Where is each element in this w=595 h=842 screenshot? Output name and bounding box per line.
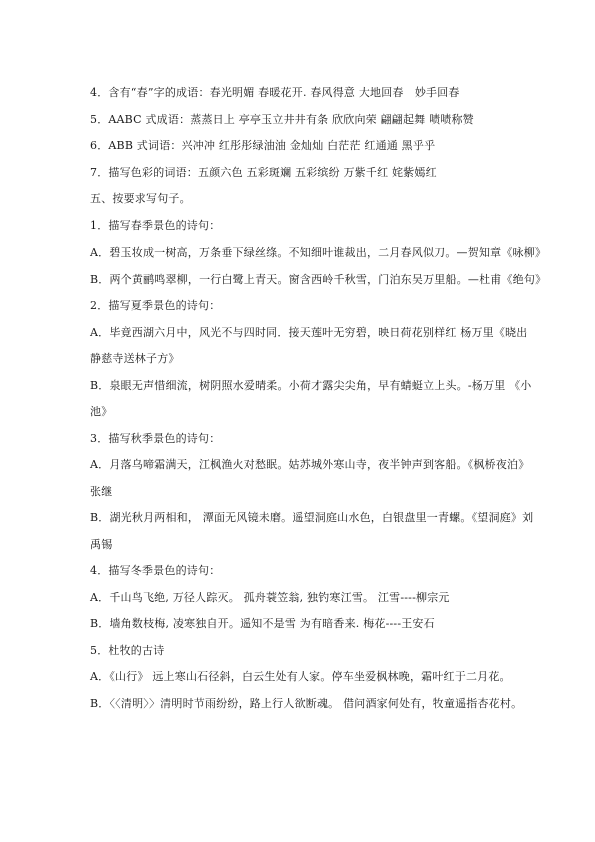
words-abb: 6．ABB 式词语：兴冲冲 红彤彤绿油油 金灿灿 白茫茫 红通通 黑乎乎 xyxy=(90,139,435,153)
summer-poem-a-cont: 静慈寺送林子方》 xyxy=(90,352,180,366)
winter-poem-b: B．墙角数枝梅, 凌寒独自开。遥知不是雪 为有暗香来. 梅花----王安石 xyxy=(90,617,435,631)
spring-heading: 1．描写春季景色的诗句： xyxy=(90,219,220,233)
autumn-heading: 3．描写秋季景色的诗句： xyxy=(90,432,220,446)
dumu-poem-b: B．〈〈清明〉〉清明时节雨纷纷，路上行人欲断魂。 借问酒家何处有，牧童遥指杏花村… xyxy=(90,697,522,711)
winter-heading: 4．描写冬季景色的诗句： xyxy=(90,564,220,578)
summer-heading: 2．描写夏季景色的诗句： xyxy=(90,299,220,313)
summer-poem-a: A．毕竟西湖六月中，风光不与四时同．接天莲叶无穷碧，映日荷花别样红 杨万里《晓出 xyxy=(90,326,527,340)
spring-poem-a: A．碧玉妆成一树高，万条垂下绿丝绦。不知细叶谁裁出，二月春风似刀。—贺知章《咏柳… xyxy=(90,246,546,260)
winter-poem-a: A．千山鸟飞绝, 万径人踪灭。 孤舟蓑笠翁, 独钓寒江雪。 江雪----柳宗元 xyxy=(90,591,450,605)
autumn-poem-b-cont: 禹锡 xyxy=(90,538,112,552)
autumn-poem-a: A．月落乌啼霜满天，江枫渔火对愁眠。姑苏城外寒山寺，夜半钟声到客船。《枫桥夜泊》 xyxy=(90,458,529,472)
idiom-spring: 4．含有“春”字的成语：春光明媚 春暖花开. 春风得意 大地回春 妙手回春 xyxy=(90,86,460,100)
document-page: 4．含有“春”字的成语：春光明媚 春暖花开. 春风得意 大地回春 妙手回春 5．… xyxy=(0,0,595,842)
autumn-poem-a-cont: 张继 xyxy=(90,485,112,499)
section-heading-5: 五、按要求写句子。 xyxy=(90,192,191,206)
summer-poem-b-cont: 池》 xyxy=(90,405,112,419)
words-color: 7．描写色彩的词语：五颜六色 五彩斑斓 五彩缤纷 万紫千红 姹紫嫣红 xyxy=(90,166,437,180)
dumu-poem-a: A．《山行》 远上寒山石径斜，白云生处有人家。停车坐爱枫林晚，霜叶红于二月花。 xyxy=(90,670,511,684)
summer-poem-b: B．泉眼无声惜细流，树阴照水爱晴柔。小荷才露尖尖角，早有蜻蜓立上头。-杨万里 《… xyxy=(90,379,532,393)
idiom-aabc: 5．AABC 式成语：蒸蒸日上 亭亭玉立井井有条 欣欣向荣 翩翩起舞 啧啧称赞 xyxy=(90,113,474,127)
dumu-heading: 5．杜牧的古诗 xyxy=(90,644,164,658)
autumn-poem-b: B．湖光秋月两相和， 潭面无风镜未磨。遥望洞庭山水色，白银盘里一青螺。《望洞庭》… xyxy=(90,511,533,525)
spring-poem-b: B．两个黄鹂鸣翠柳，一行白鹭上青天。窗含西岭千秋雪，门泊东吴万里船。—杜甫《绝句… xyxy=(90,273,546,287)
